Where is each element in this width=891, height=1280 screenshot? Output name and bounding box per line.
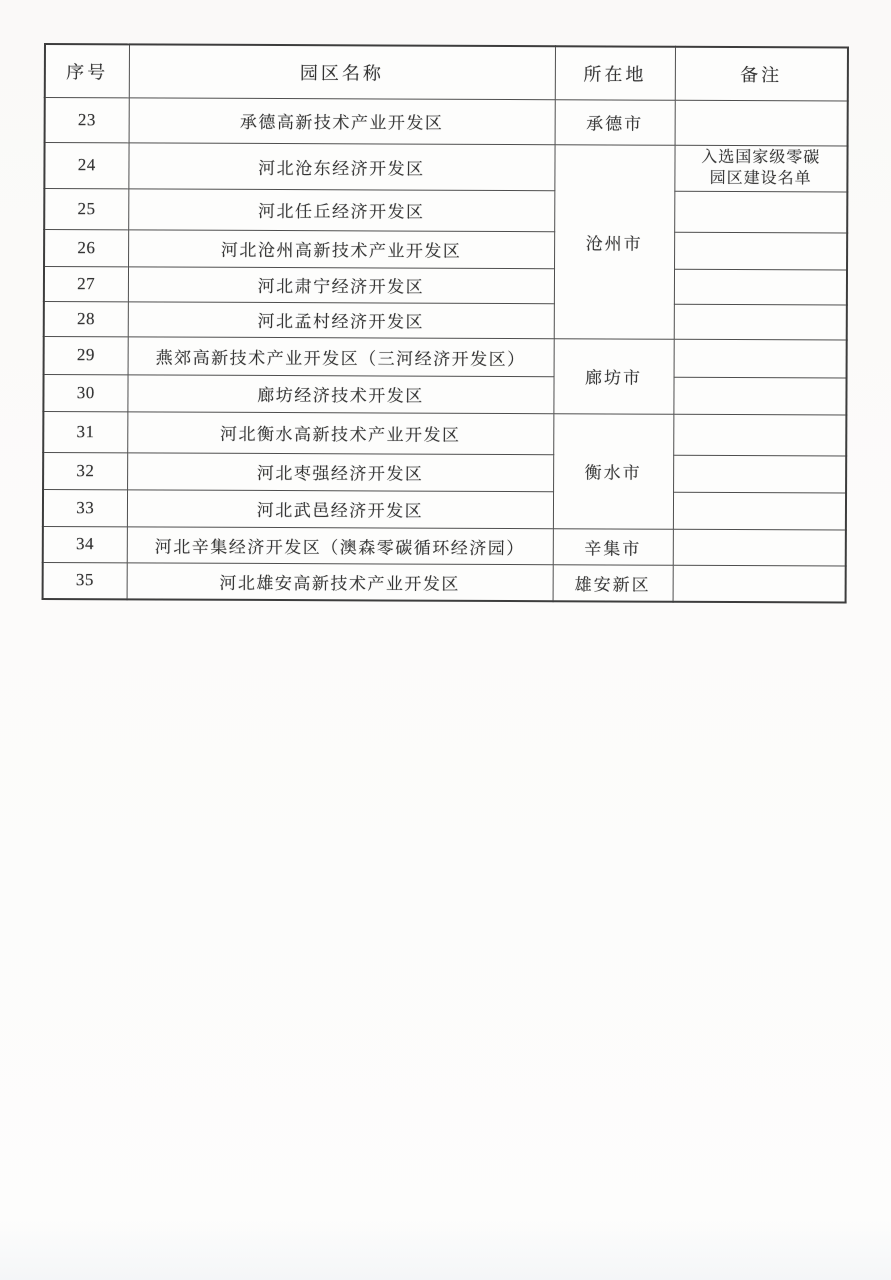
header-remark: 备注 [675,47,848,101]
table-row: 29 燕郊高新技术产业开发区（三河经济开发区） 廊坊市 [44,336,847,378]
remark-cell: 入选国家级零碳园区建设名单 [674,145,847,192]
row-number: 31 [43,411,127,452]
header-no: 序号 [45,44,129,97]
row-number: 23 [45,97,129,142]
location-cell: 辛集市 [553,528,673,565]
park-name: 河北枣强经济开发区 [127,452,553,491]
table-row: 32 河北枣强经济开发区 [43,452,846,493]
park-name: 河北衡水高新技术产业开发区 [127,411,553,454]
row-number: 34 [43,526,127,562]
remark-cell [673,414,846,456]
remark-cell [674,232,847,270]
row-number: 29 [44,336,128,374]
remark-cell [673,529,846,566]
remark-cell [674,191,847,233]
row-number: 24 [44,142,128,188]
scanned-page: 序号 园区名称 所在地 备注 23 承德高新技术产业开发区 承德市 24 河北沧… [0,0,891,1280]
row-number: 33 [43,489,127,526]
remark-cell [674,269,847,305]
remark-cell [673,455,846,493]
table-row: 26 河北沧州高新技术产业开发区 [44,229,847,270]
location-cell: 衡水市 [553,413,674,529]
park-name: 河北辛集经济开发区（澳森零碳循环经济园） [127,526,553,564]
park-name: 河北武邑经济开发区 [127,489,553,528]
location-cell: 雄安新区 [553,564,673,602]
location-cell: 承德市 [555,99,675,145]
location-cell: 廊坊市 [553,338,673,414]
remark-cell [673,377,846,415]
row-number: 26 [44,229,128,266]
park-name: 河北雄安高新技术产业开发区 [127,562,553,601]
remark-cell [673,565,846,603]
table-row: 34 河北辛集经济开发区（澳森零碳循环经济园） 辛集市 [43,526,846,566]
park-name: 河北肃宁经济开发区 [128,266,554,303]
table-row: 31 河北衡水高新技术产业开发区 衡水市 [43,411,846,456]
table-row: 27 河北肃宁经济开发区 [44,266,847,305]
location-cell: 沧州市 [554,144,675,339]
park-name: 河北任丘经济开发区 [128,188,554,231]
header-location: 所在地 [555,46,675,100]
table-row: 23 承德高新技术产业开发区 承德市 [45,97,848,146]
park-name: 河北孟村经济开发区 [128,301,554,338]
park-name: 廊坊经济技术开发区 [127,374,553,413]
park-name: 河北沧州高新技术产业开发区 [128,229,554,268]
remark-cell [674,339,847,378]
row-number: 28 [44,301,128,336]
table-row: 25 河北任丘经济开发区 [44,188,847,233]
row-number: 32 [43,452,127,489]
remark-cell [673,492,846,530]
table-row: 24 河北沧东经济开发区 沧州市 入选国家级零碳园区建设名单 [44,142,847,192]
parks-table: 序号 园区名称 所在地 备注 23 承德高新技术产业开发区 承德市 24 河北沧… [42,43,849,604]
table-row: 30 廊坊经济技术开发区 [43,374,846,415]
header-park-name: 园区名称 [129,44,555,99]
remark-cell [675,100,848,146]
remark-cell [674,304,847,340]
park-name: 河北沧东经济开发区 [128,142,554,190]
park-name: 承德高新技术产业开发区 [129,97,555,144]
row-number: 30 [43,374,127,411]
row-number: 35 [43,562,127,599]
row-number: 27 [44,266,128,301]
table-row: 28 河北孟村经济开发区 [44,301,847,340]
remark-text: 入选国家级零碳园区建设名单 [700,147,822,190]
park-name: 燕郊高新技术产业开发区（三河经济开发区） [128,336,554,376]
table-row: 35 河北雄安高新技术产业开发区 雄安新区 [43,562,846,603]
row-number: 25 [44,188,128,229]
table-row: 33 河北武邑经济开发区 [43,489,846,530]
header-row: 序号 园区名称 所在地 备注 [45,44,848,101]
